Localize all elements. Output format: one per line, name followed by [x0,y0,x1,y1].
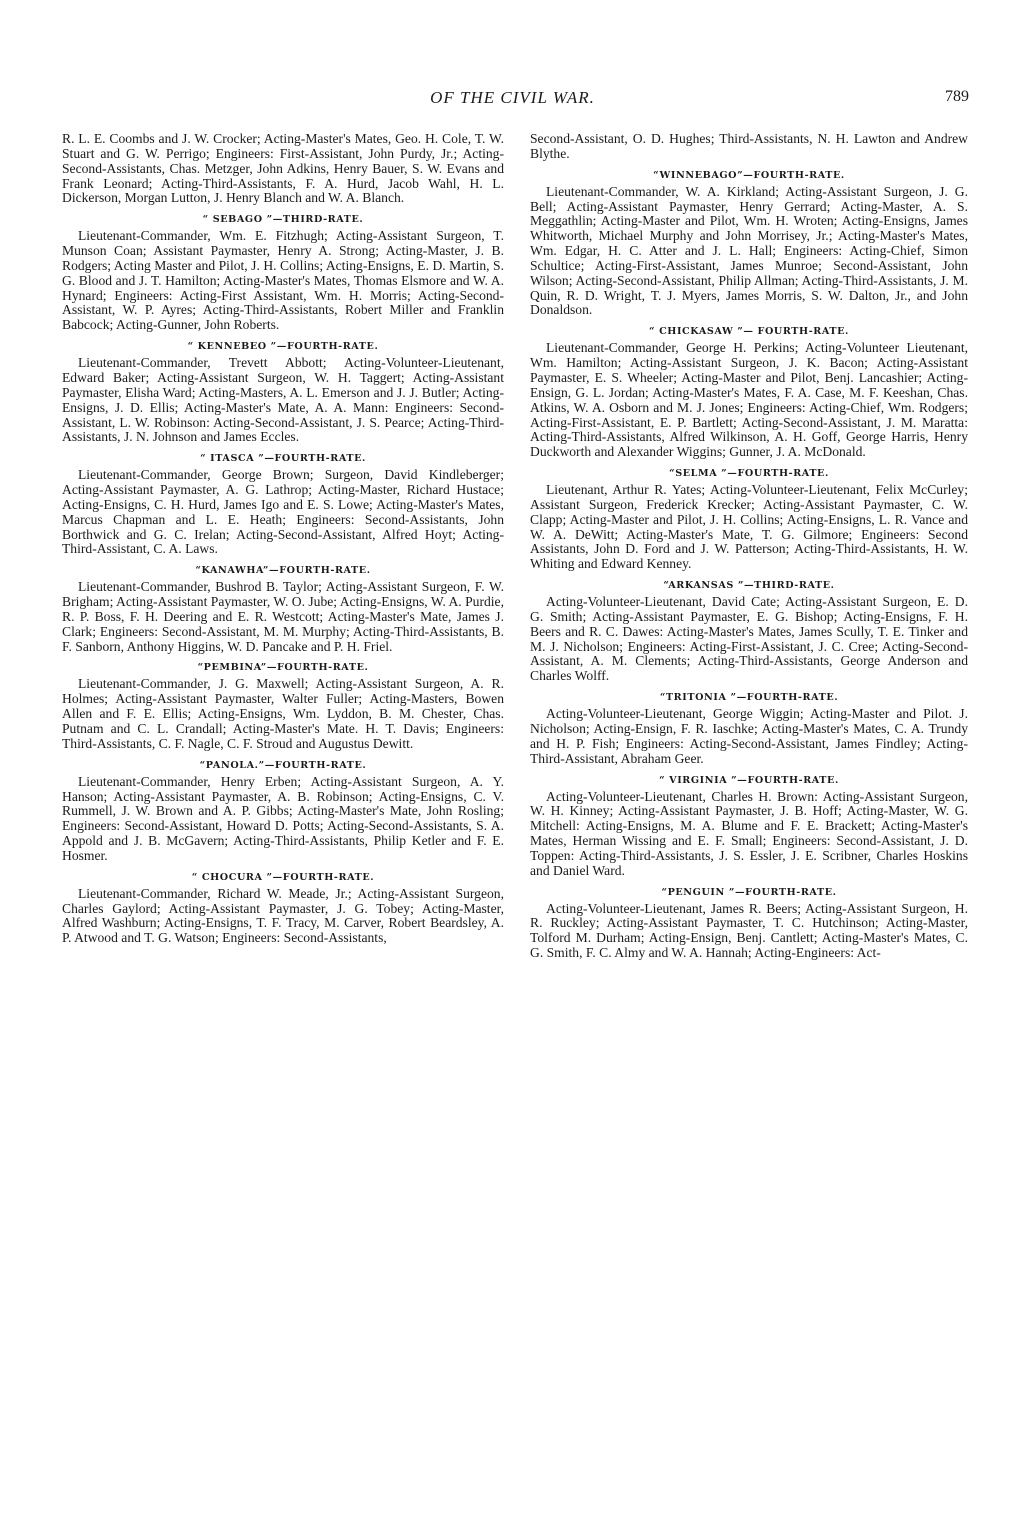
ship-officers: Acting-Volunteer-Lieutenant, David Cate;… [530,595,968,684]
right-column: Second-Assistant, O. D. Hughes; Third-As… [530,132,968,961]
ship-officers: Lieutenant-Commander, Richard W. Meade, … [62,887,504,946]
ship-entry-itasca: “ ITASCA ”—FOURTH-RATE. Lieutenant-Comma… [62,453,504,557]
ship-heading: “ ITASCA ”—FOURTH-RATE. [62,453,504,465]
ship-heading: “WINNEBAGO”—FOURTH-RATE. [530,170,968,182]
ship-entry-winnebago: “WINNEBAGO”—FOURTH-RATE. Lieutenant-Comm… [530,170,968,319]
page-number: 789 [945,88,969,106]
running-head: OF THE CIVIL WAR. 789 [0,88,1025,108]
ship-entry-tritonia: “TRITONIA ”—FOURTH-RATE. Acting-Voluntee… [530,692,968,766]
ship-heading: “ VIRGINIA ”—FOURTH-RATE. [530,775,968,787]
ship-heading: “ CHICKASAW ”— FOURTH-RATE. [530,326,968,338]
ship-officers: Lieutenant-Commander, Henry Erben; Actin… [62,775,504,864]
ship-heading: “KANAWHA”—FOURTH-RATE. [62,565,504,577]
ship-entry-pembina: “PEMBINA”—FOURTH-RATE. Lieutenant-Comman… [62,662,504,751]
ship-officers: Lieutenant-Commander, Wm. E. Fitzhugh; A… [62,229,504,333]
continued-paragraph: Second-Assistant, O. D. Hughes; Third-As… [530,132,968,162]
ship-entry-chocura: “ CHOCURA ”—FOURTH-RATE. Lieutenant-Comm… [62,872,504,946]
ship-entry-sebago: “ SEBAGO ”—THIRD-RATE. Lieutenant-Comman… [62,214,504,333]
ship-officers: Lieutenant-Commander, J. G. Maxwell; Act… [62,677,504,751]
ship-officers: Acting-Volunteer-Lieutenant, Charles H. … [530,790,968,879]
ship-heading: “ KENNEBEO ”—FOURTH-RATE. [62,341,504,353]
ship-entry-chickasaw: “ CHICKASAW ”— FOURTH-RATE. Lieutenant-C… [530,326,968,460]
ship-heading: “PEMBINA”—FOURTH-RATE. [62,662,504,674]
ship-officers: Lieutenant-Commander, George H. Perkins;… [530,341,968,460]
ship-heading: “ SEBAGO ”—THIRD-RATE. [62,214,504,226]
ship-entry-kennebec: “ KENNEBEO ”—FOURTH-RATE. Lieutenant-Com… [62,341,504,445]
ship-heading: “TRITONIA ”—FOURTH-RATE. [530,692,968,704]
ship-officers: Lieutenant-Commander, W. A. Kirkland; Ac… [530,185,968,319]
ship-officers: Acting-Volunteer-Lieutenant, George Wigg… [530,707,968,766]
continued-paragraph: R. L. E. Coombs and J. W. Crocker; Actin… [62,132,504,206]
ship-entry-virginia: “ VIRGINIA ”—FOURTH-RATE. Acting-Volunte… [530,775,968,879]
ship-officers: Lieutenant, Arthur R. Yates; Acting-Volu… [530,483,968,572]
left-column: R. L. E. Coombs and J. W. Crocker; Actin… [62,132,504,946]
ship-heading: “ CHOCURA ”—FOURTH-RATE. [62,872,504,884]
ship-heading: “PENGUIN ”—FOURTH-RATE. [530,887,968,899]
ship-entry-penguin: “PENGUIN ”—FOURTH-RATE. Acting-Volunteer… [530,887,968,961]
ship-heading: “ARKANSAS ”—THIRD-RATE. [530,580,968,592]
ship-officers: Lieutenant-Commander, George Brown; Surg… [62,468,504,557]
ship-officers: Acting-Volunteer-Lieutenant, James R. Be… [530,902,968,961]
ship-heading: “PANOLA.”—FOURTH-RATE. [62,760,504,772]
ship-entry-kanawha: “KANAWHA”—FOURTH-RATE. Lieutenant-Comman… [62,565,504,654]
ship-entry-panola: “PANOLA.”—FOURTH-RATE. Lieutenant-Comman… [62,760,504,864]
ship-officers: Lieutenant-Commander, Trevett Abbott; Ac… [62,356,504,445]
ship-entry-selma: “SELMA ”—FOURTH-RATE. Lieutenant, Arthur… [530,468,968,572]
running-title: OF THE CIVIL WAR. [0,88,1025,108]
ship-heading: “SELMA ”—FOURTH-RATE. [530,468,968,480]
ship-entry-arkansas: “ARKANSAS ”—THIRD-RATE. Acting-Volunteer… [530,580,968,684]
ship-officers: Lieutenant-Commander, Bushrod B. Taylor;… [62,580,504,654]
